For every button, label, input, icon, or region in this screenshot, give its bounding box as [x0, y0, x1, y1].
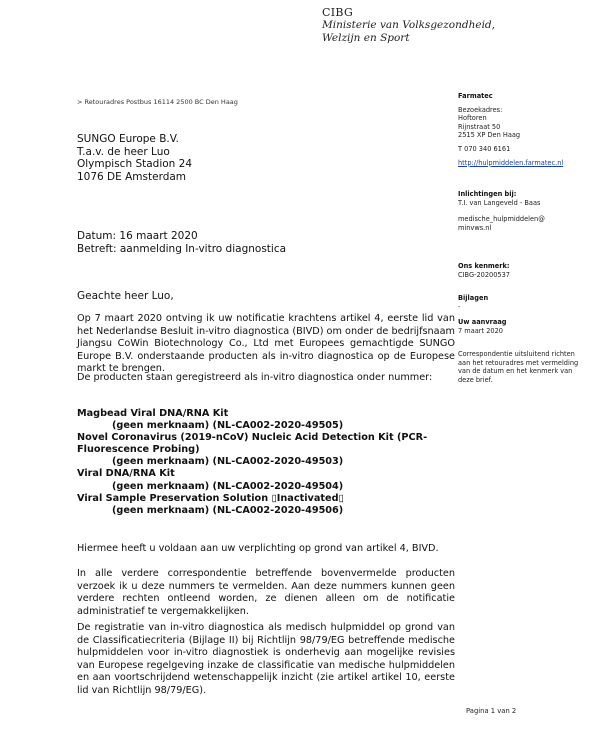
letter-page: CIBG Ministerie van Volksgezondheid, Wel… — [0, 0, 590, 740]
email-line: medische_hulpmiddelen@ — [458, 215, 583, 224]
product-registration: (geen merknaam) (NL-CA002-2020-49506) — [77, 505, 467, 517]
product-registration: (geen merknaam) (NL-CA002-2020-49504) — [77, 481, 467, 493]
letter-subject: Betreft: aanmelding In-vitro diagnostica — [77, 243, 286, 256]
recipient-line: SUNGO Europe B.V. — [77, 133, 192, 146]
info-label: Inlichtingen bij: — [458, 190, 583, 199]
request-value: 7 maart 2020 — [458, 327, 583, 336]
product-name: Viral Sample Preservation Solution ▯Inac… — [77, 493, 467, 505]
sidebar-email: medische_hulpmiddelen@ minvws.nl — [458, 215, 583, 232]
sidebar-reference: Ons kenmerk: CIBG-20200537 — [458, 262, 583, 279]
page-number: Pagina 1 van 2 — [466, 707, 516, 715]
paragraph-compliance: Hiermee heeft u voldaan aan uw verplicht… — [77, 543, 455, 556]
product-item: Viral Sample Preservation Solution ▯Inac… — [77, 493, 467, 517]
attachments-label: Bijlagen — [458, 294, 583, 303]
product-name: Viral DNA/RNA Kit — [77, 468, 467, 480]
product-registration: (geen merknaam) (NL-CA002-2020-49505) — [77, 420, 467, 432]
website-link[interactable]: http://hulpmiddelen.farmatec.nl — [458, 159, 563, 167]
paragraph-notification: Op 7 maart 2020 ontving ik uw notificati… — [77, 313, 455, 376]
product-list: Magbead Viral DNA/RNA Kit (geen merknaam… — [77, 408, 467, 517]
paragraph-correspondence: In alle verdere correspondentie betreffe… — [77, 568, 455, 618]
visit-line: Hoftoren — [458, 114, 583, 123]
sidebar-department: Farmatec — [458, 92, 583, 101]
letter-date: Datum: 16 maart 2020 — [77, 230, 286, 243]
visit-line: 2515 XP Den Haag — [458, 131, 583, 140]
paragraph-classification: De registratie van in-vitro diagnostica … — [77, 622, 455, 698]
recipient-line: 1076 DE Amsterdam — [77, 171, 192, 184]
recipient-line: Olympisch Stadion 24 — [77, 158, 192, 171]
sidebar-attachments: Bijlagen - — [458, 294, 583, 311]
product-item: Viral DNA/RNA Kit (geen merknaam) (NL-CA… — [77, 468, 467, 492]
recipient-line: T.a.v. de heer Luo — [77, 146, 192, 159]
reference-value: CIBG-20200537 — [458, 271, 583, 280]
request-label: Uw aanvraag — [458, 318, 583, 327]
paragraph-registered: De producten staan geregistreerd als in-… — [77, 372, 455, 385]
visit-label: Bezoekadres: — [458, 106, 583, 115]
sidebar-request: Uw aanvraag 7 maart 2020 — [458, 318, 583, 335]
return-address: > Retouradres Postbus 16114 2500 BC Den … — [77, 98, 238, 106]
ministry-logo: CIBG Ministerie van Volksgezondheid, Wel… — [322, 6, 495, 45]
phone-number: T 070 340 6161 — [458, 145, 583, 154]
logo-org: CIBG — [322, 6, 495, 19]
email-line: minvws.nl — [458, 224, 583, 233]
product-name: Magbead Viral DNA/RNA Kit — [77, 408, 467, 420]
product-registration: (geen merknaam) (NL-CA002-2020-49503) — [77, 456, 467, 468]
reference-label: Ons kenmerk: — [458, 262, 583, 271]
salutation: Geachte heer Luo, — [77, 290, 174, 302]
logo-ministry-line1: Ministerie van Volksgezondheid, — [322, 19, 495, 32]
product-item: Magbead Viral DNA/RNA Kit (geen merknaam… — [77, 408, 467, 432]
sidebar-info: Inlichtingen bij: T.I. van Langeveld - B… — [458, 190, 583, 207]
correspondence-note: Correspondentie uitsluitend richten aan … — [458, 350, 583, 384]
letter-meta: Datum: 16 maart 2020 Betreft: aanmelding… — [77, 230, 286, 255]
product-item: Novel Coronavirus (2019-nCoV) Nucleic Ac… — [77, 432, 467, 468]
info-name: T.I. van Langeveld - Baas — [458, 199, 583, 208]
attachments-value: - — [458, 303, 583, 312]
logo-ministry-line2: Welzijn en Sport — [322, 32, 495, 45]
sidebar-contact: Farmatec Bezoekadres: Hoftoren Rijnstraa… — [458, 92, 583, 167]
visit-line: Rijnstraat 50 — [458, 123, 583, 132]
product-name: Novel Coronavirus (2019-nCoV) Nucleic Ac… — [77, 432, 467, 456]
recipient-address: SUNGO Europe B.V. T.a.v. de heer Luo Oly… — [77, 133, 192, 183]
